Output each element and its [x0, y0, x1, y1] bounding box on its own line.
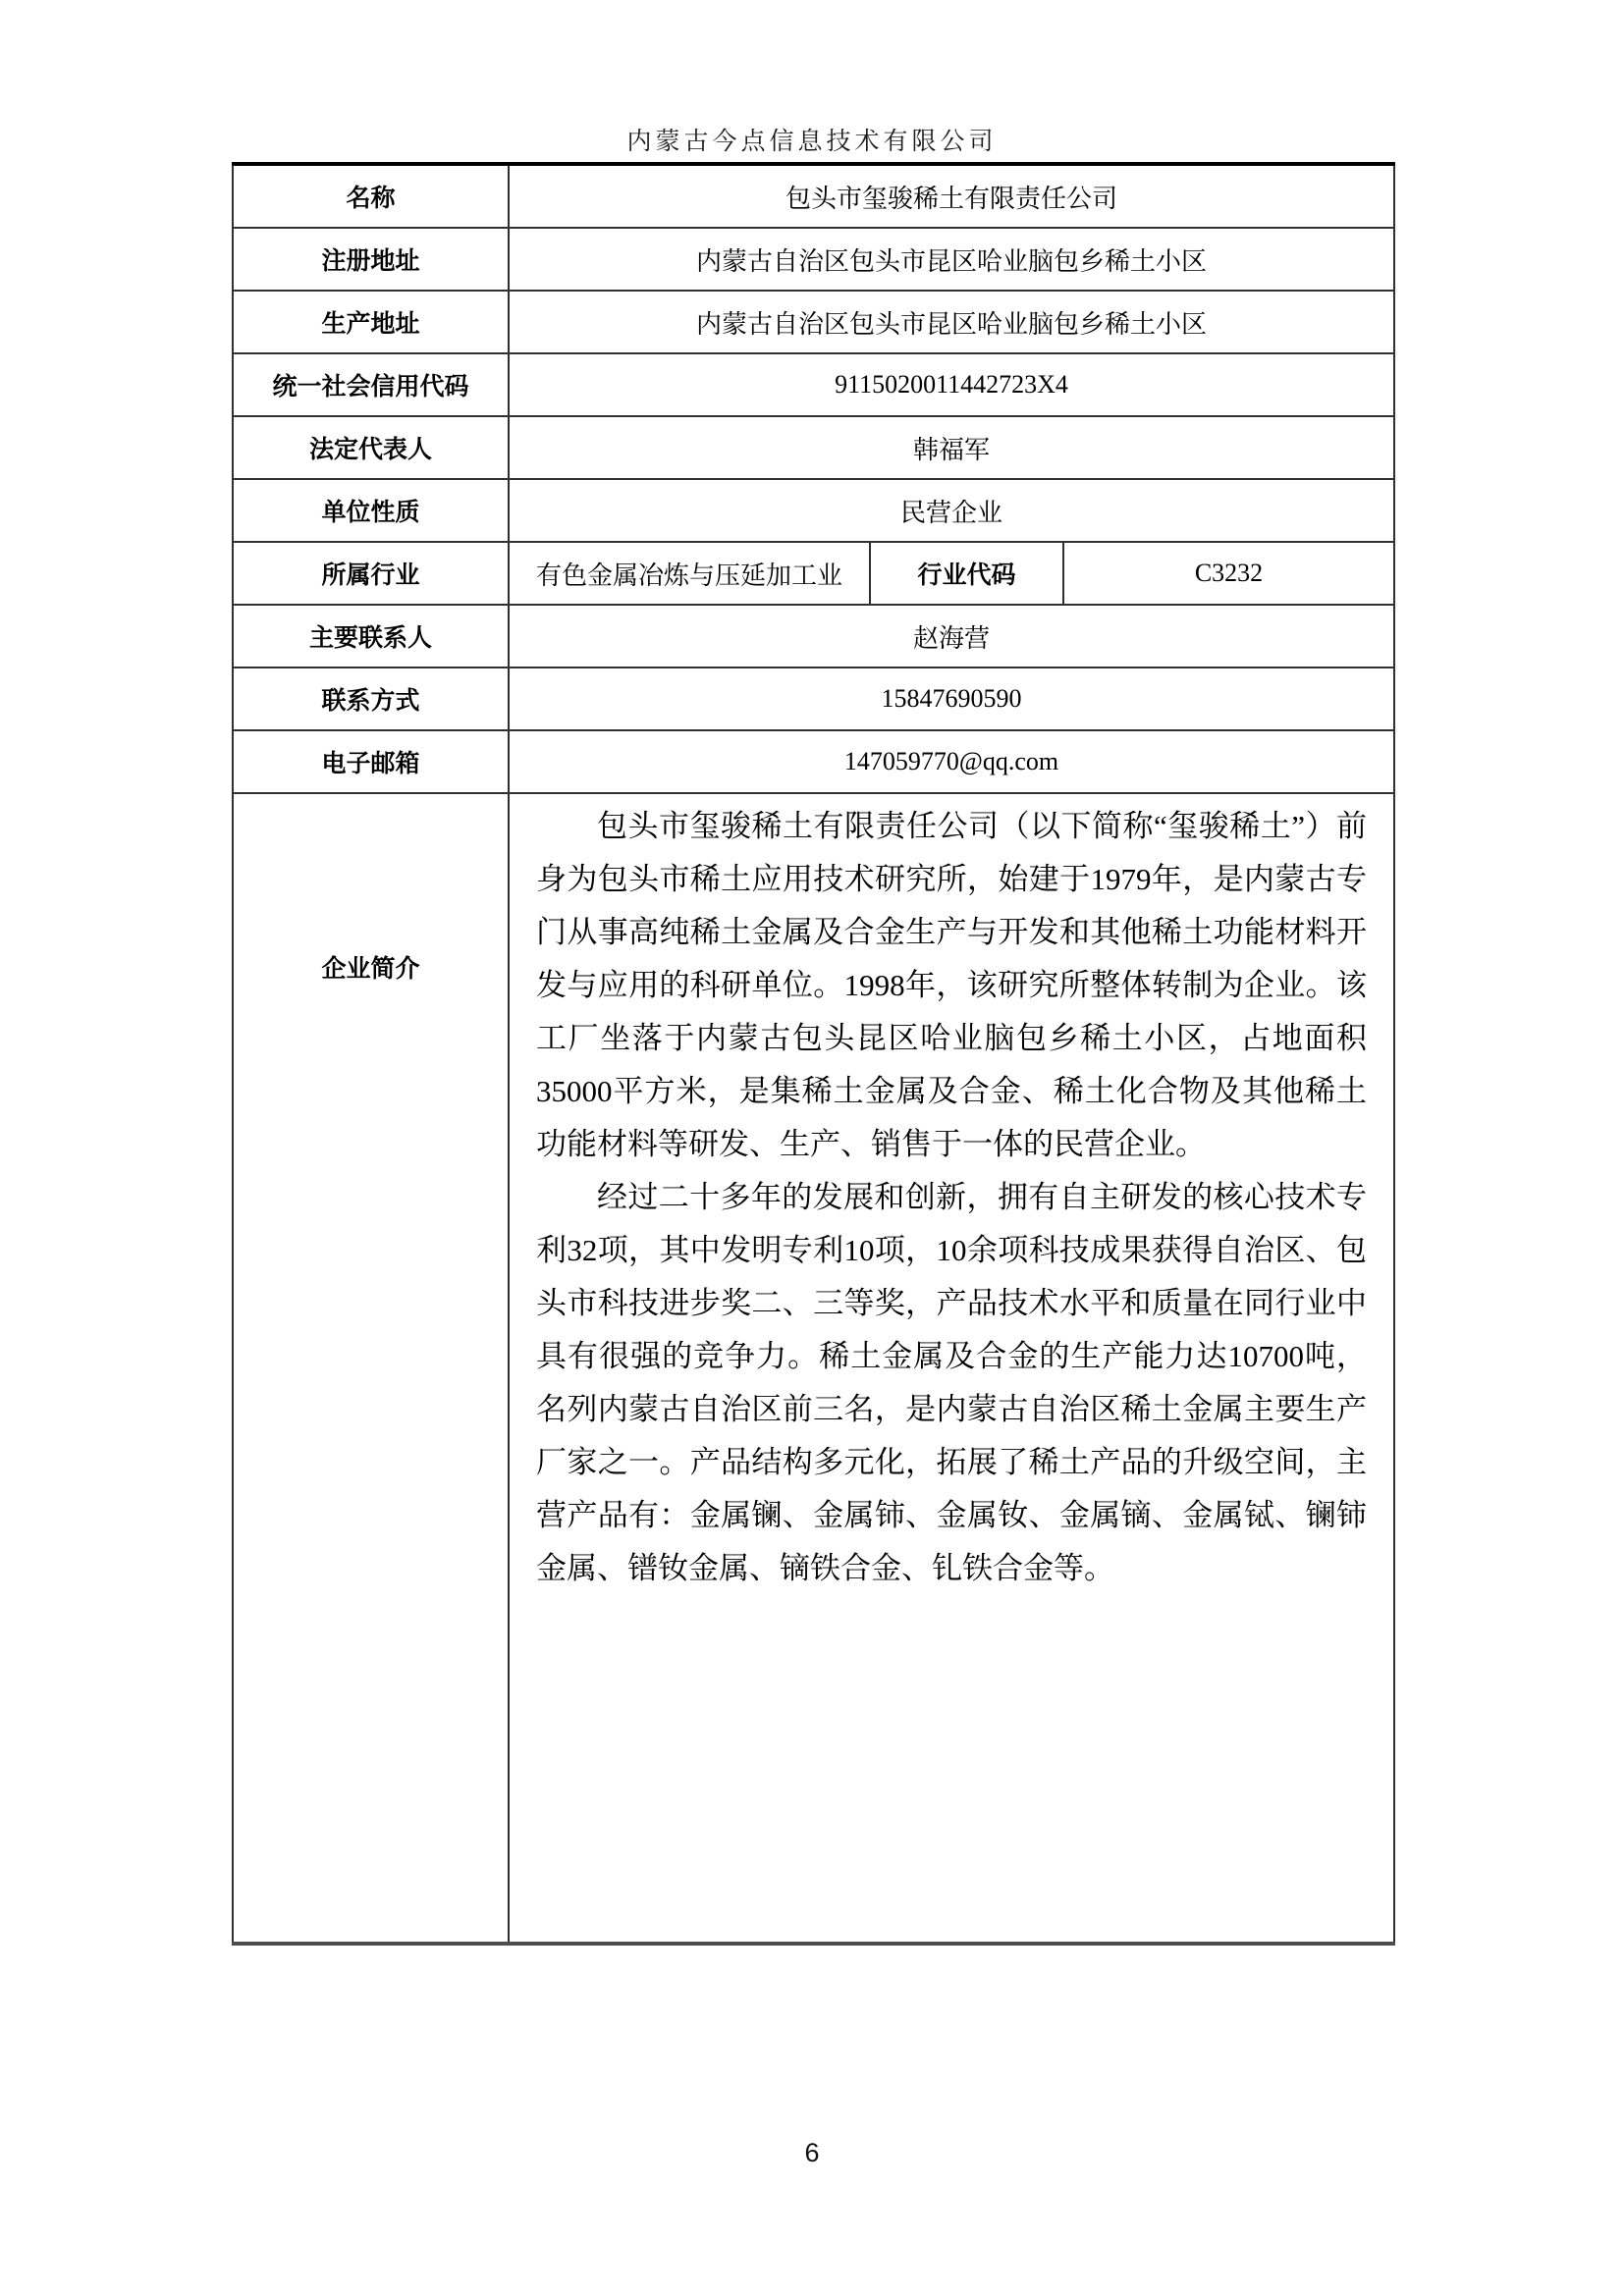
- row-label-name: 名称: [233, 164, 509, 228]
- row-value-contact-phone: 15847690590: [509, 667, 1394, 730]
- table-row-main-contact: 主要联系人 赵海营: [233, 605, 1394, 667]
- table-row-registered-address: 注册地址 内蒙古自治区包头市昆区哈业脑包乡稀土小区: [233, 228, 1394, 291]
- page-number: 6: [0, 2138, 1624, 2168]
- table-row-unit-type: 单位性质 民营企业: [233, 479, 1394, 542]
- company-info-table: 名称 包头市玺骏稀土有限责任公司 注册地址 内蒙古自治区包头市昆区哈业脑包乡稀土…: [232, 162, 1395, 1946]
- table-row-production-address: 生产地址 内蒙古自治区包头市昆区哈业脑包乡稀土小区: [233, 291, 1394, 353]
- table-row-company-profile: 企业简介 包头市玺骏稀土有限责任公司（以下简称“玺骏稀土”）前身为包头市稀土应用…: [233, 793, 1394, 1944]
- table-row-legal-representative: 法定代表人 韩福军: [233, 416, 1394, 479]
- row-value-name: 包头市玺骏稀土有限责任公司: [509, 164, 1394, 228]
- row-value-main-contact: 赵海营: [509, 605, 1394, 667]
- row-label-production-address: 生产地址: [233, 291, 509, 353]
- document-page: { "header": { "company": "内蒙古今点信息技术有限公司"…: [0, 0, 1624, 2296]
- row-label-industry: 所属行业: [233, 542, 509, 605]
- row-value-registered-address: 内蒙古自治区包头市昆区哈业脑包乡稀土小区: [509, 228, 1394, 291]
- company-profile-paragraph-1: 包头市玺骏稀土有限责任公司（以下简称“玺骏稀土”）前身为包头市稀土应用技术研究所…: [536, 800, 1367, 1171]
- table-row-industry: 所属行业 有色金属冶炼与压延加工业 行业代码 C3232: [233, 542, 1394, 605]
- table-row-contact-phone: 联系方式 15847690590: [233, 667, 1394, 730]
- row-label-unit-type: 单位性质: [233, 479, 509, 542]
- row-label-email: 电子邮箱: [233, 730, 509, 793]
- row-value-production-address: 内蒙古自治区包头市昆区哈业脑包乡稀土小区: [509, 291, 1394, 353]
- row-label-company-profile: 企业简介: [233, 793, 509, 1944]
- row-value-credit-code: 9115020011442723X4: [509, 353, 1394, 416]
- row-label-legal-representative: 法定代表人: [233, 416, 509, 479]
- row-label-industry-code: 行业代码: [870, 542, 1063, 605]
- company-profile-paragraph-2: 经过二十多年的发展和创新，拥有自主研发的核心技术专利32项，其中发明专利10项，…: [536, 1171, 1367, 1595]
- table-row-email: 电子邮箱 147059770@qq.com: [233, 730, 1394, 793]
- row-value-legal-representative: 韩福军: [509, 416, 1394, 479]
- row-value-industry-code: C3232: [1063, 542, 1394, 605]
- table-row-credit-code: 统一社会信用代码 9115020011442723X4: [233, 353, 1394, 416]
- document-header-company: 内蒙古今点信息技术有限公司: [0, 122, 1624, 157]
- row-label-contact-phone: 联系方式: [233, 667, 509, 730]
- row-value-unit-type: 民营企业: [509, 479, 1394, 542]
- row-label-credit-code: 统一社会信用代码: [233, 353, 509, 416]
- row-value-email: 147059770@qq.com: [509, 730, 1394, 793]
- row-value-company-profile: 包头市玺骏稀土有限责任公司（以下简称“玺骏稀土”）前身为包头市稀土应用技术研究所…: [509, 793, 1394, 1944]
- row-value-industry: 有色金属冶炼与压延加工业: [509, 542, 870, 605]
- row-label-registered-address: 注册地址: [233, 228, 509, 291]
- table-row-name: 名称 包头市玺骏稀土有限责任公司: [233, 164, 1394, 228]
- row-label-main-contact: 主要联系人: [233, 605, 509, 667]
